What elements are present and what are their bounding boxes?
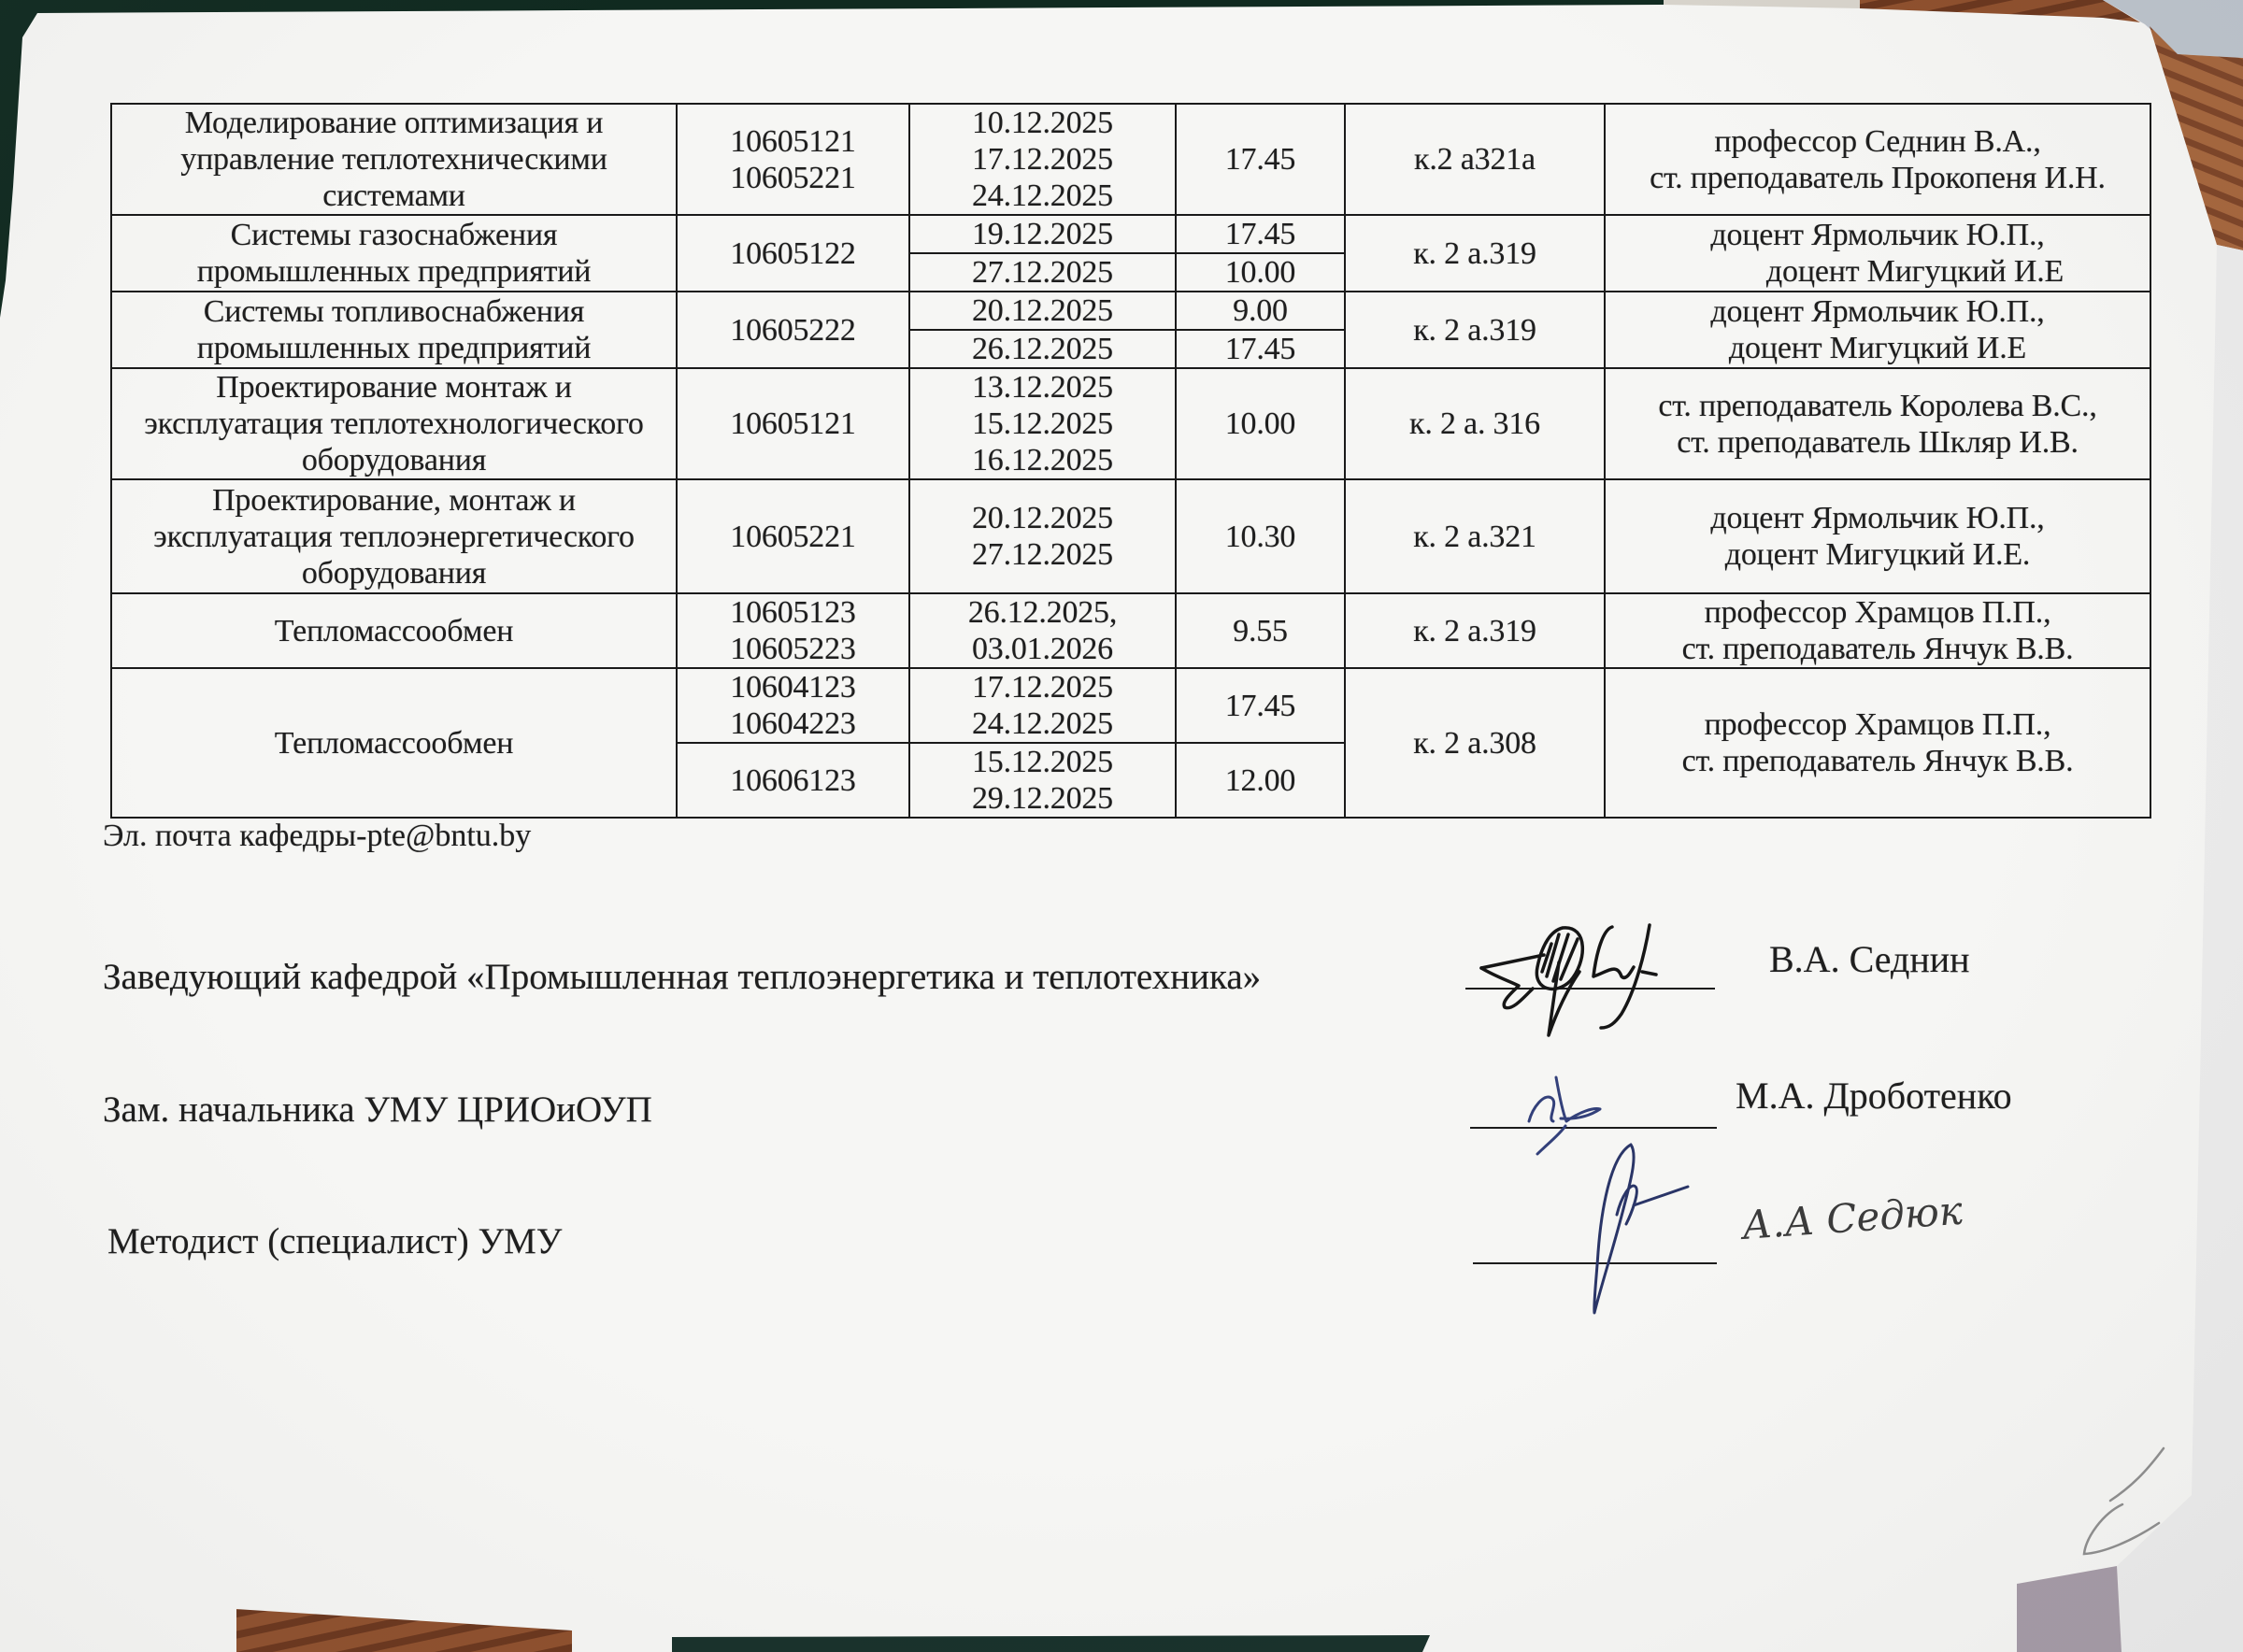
group-number: 10606123 <box>681 762 905 799</box>
teachers-cell: доцент Ярмольчик Ю.П., доцент Мигуцкий И… <box>1605 292 2150 368</box>
time-cell: 9.00 <box>1176 292 1345 330</box>
signature-line <box>1470 1127 1717 1129</box>
group-number: 10605221 <box>681 160 905 196</box>
subject-cell: Системы газоснабжения промышленных предп… <box>111 215 677 292</box>
table-row: Тепломассообмен 10604123 10604223 17.12.… <box>111 668 2150 743</box>
group-number: 10605221 <box>681 519 905 555</box>
teacher-name: доцент Мигуцкий И.Е <box>1647 253 2183 290</box>
time-value: 17.45 <box>1225 332 1296 366</box>
room-cell: к. 2 а.321 <box>1345 479 1605 593</box>
time-cell: 10.00 <box>1176 368 1345 479</box>
room-value: к. 2 а.321 <box>1413 520 1536 554</box>
date-value: 27.12.2025 <box>914 536 1171 573</box>
teacher-name: доцент Ярмольчик Ю.П., <box>1609 217 2146 253</box>
teacher-name: ст. преподаватель Шкляр И.В. <box>1609 424 2146 461</box>
date-value: 15.12.2025 <box>914 744 1171 780</box>
time-value: 10.30 <box>1225 520 1296 554</box>
teachers-cell: профессор Седнин В.А., ст. преподаватель… <box>1605 104 2150 215</box>
signatory-position: Зам. начальника УМУ ЦРИОиОУП <box>103 1089 652 1132</box>
date-value: 27.12.2025 <box>972 255 1113 290</box>
teacher-name: ст. преподаватель Янчук В.В. <box>1609 631 2146 667</box>
date-value: 26.12.2025, <box>914 594 1171 631</box>
time-cell: 17.45 <box>1176 330 1345 368</box>
date-value: 03.01.2026 <box>914 631 1171 667</box>
subject-text: Тепломассообмен <box>116 725 672 762</box>
date-value: 17.12.2025 <box>914 141 1171 178</box>
time-cell: 9.55 <box>1176 593 1345 668</box>
signature-line <box>1465 988 1715 990</box>
teachers-cell: доцент Ярмольчик Ю.П., доцент Мигуцкий И… <box>1605 215 2150 292</box>
time-value: 10.00 <box>1225 406 1296 441</box>
teacher-name: ст. преподаватель Королева В.С., <box>1609 388 2146 424</box>
room-cell: к. 2 а.319 <box>1345 215 1605 292</box>
date-value: 13.12.2025 <box>914 369 1171 406</box>
time-cell: 17.45 <box>1176 668 1345 743</box>
room-cell: к. 2 а.319 <box>1345 593 1605 668</box>
date-value: 26.12.2025 <box>972 332 1113 366</box>
teachers-cell: ст. преподаватель Королева В.С., ст. пре… <box>1605 368 2150 479</box>
subject-cell: Проектирование монтаж и эксплуатация теп… <box>111 368 677 479</box>
group-number: 10604123 <box>681 669 905 705</box>
dates-cell: 20.12.2025 27.12.2025 <box>909 479 1176 593</box>
group-cell: 10605121 <box>677 368 909 479</box>
group-cell: 10605122 <box>677 215 909 292</box>
signatory-name: В.А. Седнин <box>1769 938 1970 981</box>
date-value: 24.12.2025 <box>914 178 1171 214</box>
group-number: 10605123 <box>681 594 905 631</box>
subject-cell: Тепломассообмен <box>111 593 677 668</box>
time-cell: 10.30 <box>1176 479 1345 593</box>
room-cell: к. 2 а. 316 <box>1345 368 1605 479</box>
time-value: 17.45 <box>1225 689 1296 723</box>
teachers-cell: профессор Храмцов П.П., ст. преподавател… <box>1605 593 2150 668</box>
time-cell: 12.00 <box>1176 743 1345 818</box>
room-cell: к. 2 а.319 <box>1345 292 1605 368</box>
dates-cell: 27.12.2025 <box>909 253 1176 292</box>
room-value: к. 2 а.319 <box>1413 614 1536 648</box>
room-value: к. 2 а. 316 <box>1409 406 1540 441</box>
dates-cell: 13.12.2025 15.12.2025 16.12.2025 <box>909 368 1176 479</box>
date-value: 20.12.2025 <box>972 293 1113 328</box>
time-cell: 17.45 <box>1176 104 1345 215</box>
dates-cell: 26.12.2025 <box>909 330 1176 368</box>
time-value: 12.00 <box>1225 763 1296 798</box>
signature-line <box>1473 1262 1717 1264</box>
teacher-name: ст. преподаватель Прокопеня И.Н. <box>1609 160 2146 196</box>
dates-cell: 15.12.2025 29.12.2025 <box>909 743 1176 818</box>
subject-text: Проектирование, монтаж и эксплуатация те… <box>116 482 672 591</box>
date-value: 15.12.2025 <box>914 406 1171 442</box>
department-email-line: Эл. почта кафедры-pte@bntu.by <box>103 818 531 854</box>
teacher-name: профессор Седнин В.А., <box>1609 123 2146 160</box>
teacher-name: профессор Храмцов П.П., <box>1609 706 2146 743</box>
dates-cell: 19.12.2025 <box>909 215 1176 253</box>
group-number: 10604223 <box>681 705 905 742</box>
table-row: Системы газоснабжения промышленных предп… <box>111 215 2150 253</box>
time-value: 9.00 <box>1233 293 1288 328</box>
subject-text: Проектирование монтаж и эксплуатация теп… <box>116 369 672 478</box>
date-value: 29.12.2025 <box>914 780 1171 817</box>
group-number: 10605121 <box>681 123 905 160</box>
teacher-name: доцент Мигуцкий И.Е. <box>1609 536 2146 573</box>
room-value: к. 2 а.319 <box>1413 313 1536 348</box>
teacher-name: доцент Ярмольчик Ю.П., <box>1609 293 2146 330</box>
table-row: Системы топливоснабжения промышленных пр… <box>111 292 2150 330</box>
dates-cell: 20.12.2025 <box>909 292 1176 330</box>
signatory-position: Заведующий кафедрой «Промышленная теплоэ… <box>103 957 1261 999</box>
room-cell: к.2 а321а <box>1345 104 1605 215</box>
subject-text: Моделирование оптимизация и управление т… <box>116 105 672 214</box>
group-cell: 10605123 10605223 <box>677 593 909 668</box>
group-number: 10605122 <box>681 235 905 272</box>
group-number: 10605222 <box>681 312 905 349</box>
date-value: 19.12.2025 <box>972 217 1113 251</box>
subject-text: Системы газоснабжения промышленных предп… <box>116 217 672 290</box>
date-value: 16.12.2025 <box>914 442 1171 478</box>
date-value: 17.12.2025 <box>914 669 1171 705</box>
time-value: 17.45 <box>1225 217 1296 251</box>
room-cell: к. 2 а.308 <box>1345 668 1605 818</box>
date-value: 24.12.2025 <box>914 705 1171 742</box>
table-row: Проектирование, монтаж и эксплуатация те… <box>111 479 2150 593</box>
signatory-name: М.А. Дроботенко <box>1736 1075 2012 1118</box>
room-value: к.2 а321а <box>1414 142 1536 177</box>
table-row: Тепломассообмен 10605123 10605223 26.12.… <box>111 593 2150 668</box>
table-row: Проектирование монтаж и эксплуатация теп… <box>111 368 2150 479</box>
dates-cell: 17.12.2025 24.12.2025 <box>909 668 1176 743</box>
signatory-position: Методист (специалист) УМУ <box>107 1221 562 1263</box>
time-value: 9.55 <box>1233 614 1288 648</box>
teacher-name: доцент Мигуцкий И.Е <box>1609 330 2146 366</box>
date-value: 10.12.2025 <box>914 105 1171 141</box>
schedule-table: Моделирование оптимизация и управление т… <box>110 103 2151 819</box>
teachers-cell: профессор Храмцов П.П., ст. преподавател… <box>1605 668 2150 818</box>
dates-cell: 10.12.2025 17.12.2025 24.12.2025 <box>909 104 1176 215</box>
teachers-cell: доцент Ярмольчик Ю.П., доцент Мигуцкий И… <box>1605 479 2150 593</box>
group-number: 10605121 <box>681 406 905 442</box>
group-cell: 10605222 <box>677 292 909 368</box>
subject-cell: Моделирование оптимизация и управление т… <box>111 104 677 215</box>
subject-cell: Системы топливоснабжения промышленных пр… <box>111 292 677 368</box>
teacher-name: ст. преподаватель Янчук В.В. <box>1609 743 2146 779</box>
group-cell: 10605121 10605221 <box>677 104 909 215</box>
time-value: 17.45 <box>1225 142 1296 177</box>
group-cell: 10604123 10604223 <box>677 668 909 743</box>
time-cell: 17.45 <box>1176 215 1345 253</box>
subject-text: Системы топливоснабжения промышленных пр… <box>116 293 672 366</box>
group-cell: 10605221 <box>677 479 909 593</box>
desk-green-bottom <box>672 1635 1430 1652</box>
subject-text: Тепломассообмен <box>116 613 672 649</box>
time-value: 10.00 <box>1225 255 1296 290</box>
dates-cell: 26.12.2025, 03.01.2026 <box>909 593 1176 668</box>
teacher-name: доцент Ярмольчик Ю.П., <box>1609 500 2146 536</box>
table-row: Моделирование оптимизация и управление т… <box>111 104 2150 215</box>
group-number: 10605223 <box>681 631 905 667</box>
room-value: к. 2 а.319 <box>1413 236 1536 271</box>
teacher-name: профессор Храмцов П.П., <box>1609 594 2146 631</box>
subject-cell: Тепломассообмен <box>111 668 677 818</box>
room-value: к. 2 а.308 <box>1413 726 1536 761</box>
time-cell: 10.00 <box>1176 253 1345 292</box>
subject-cell: Проектирование, монтаж и эксплуатация те… <box>111 479 677 593</box>
group-cell: 10606123 <box>677 743 909 818</box>
date-value: 20.12.2025 <box>914 500 1171 536</box>
